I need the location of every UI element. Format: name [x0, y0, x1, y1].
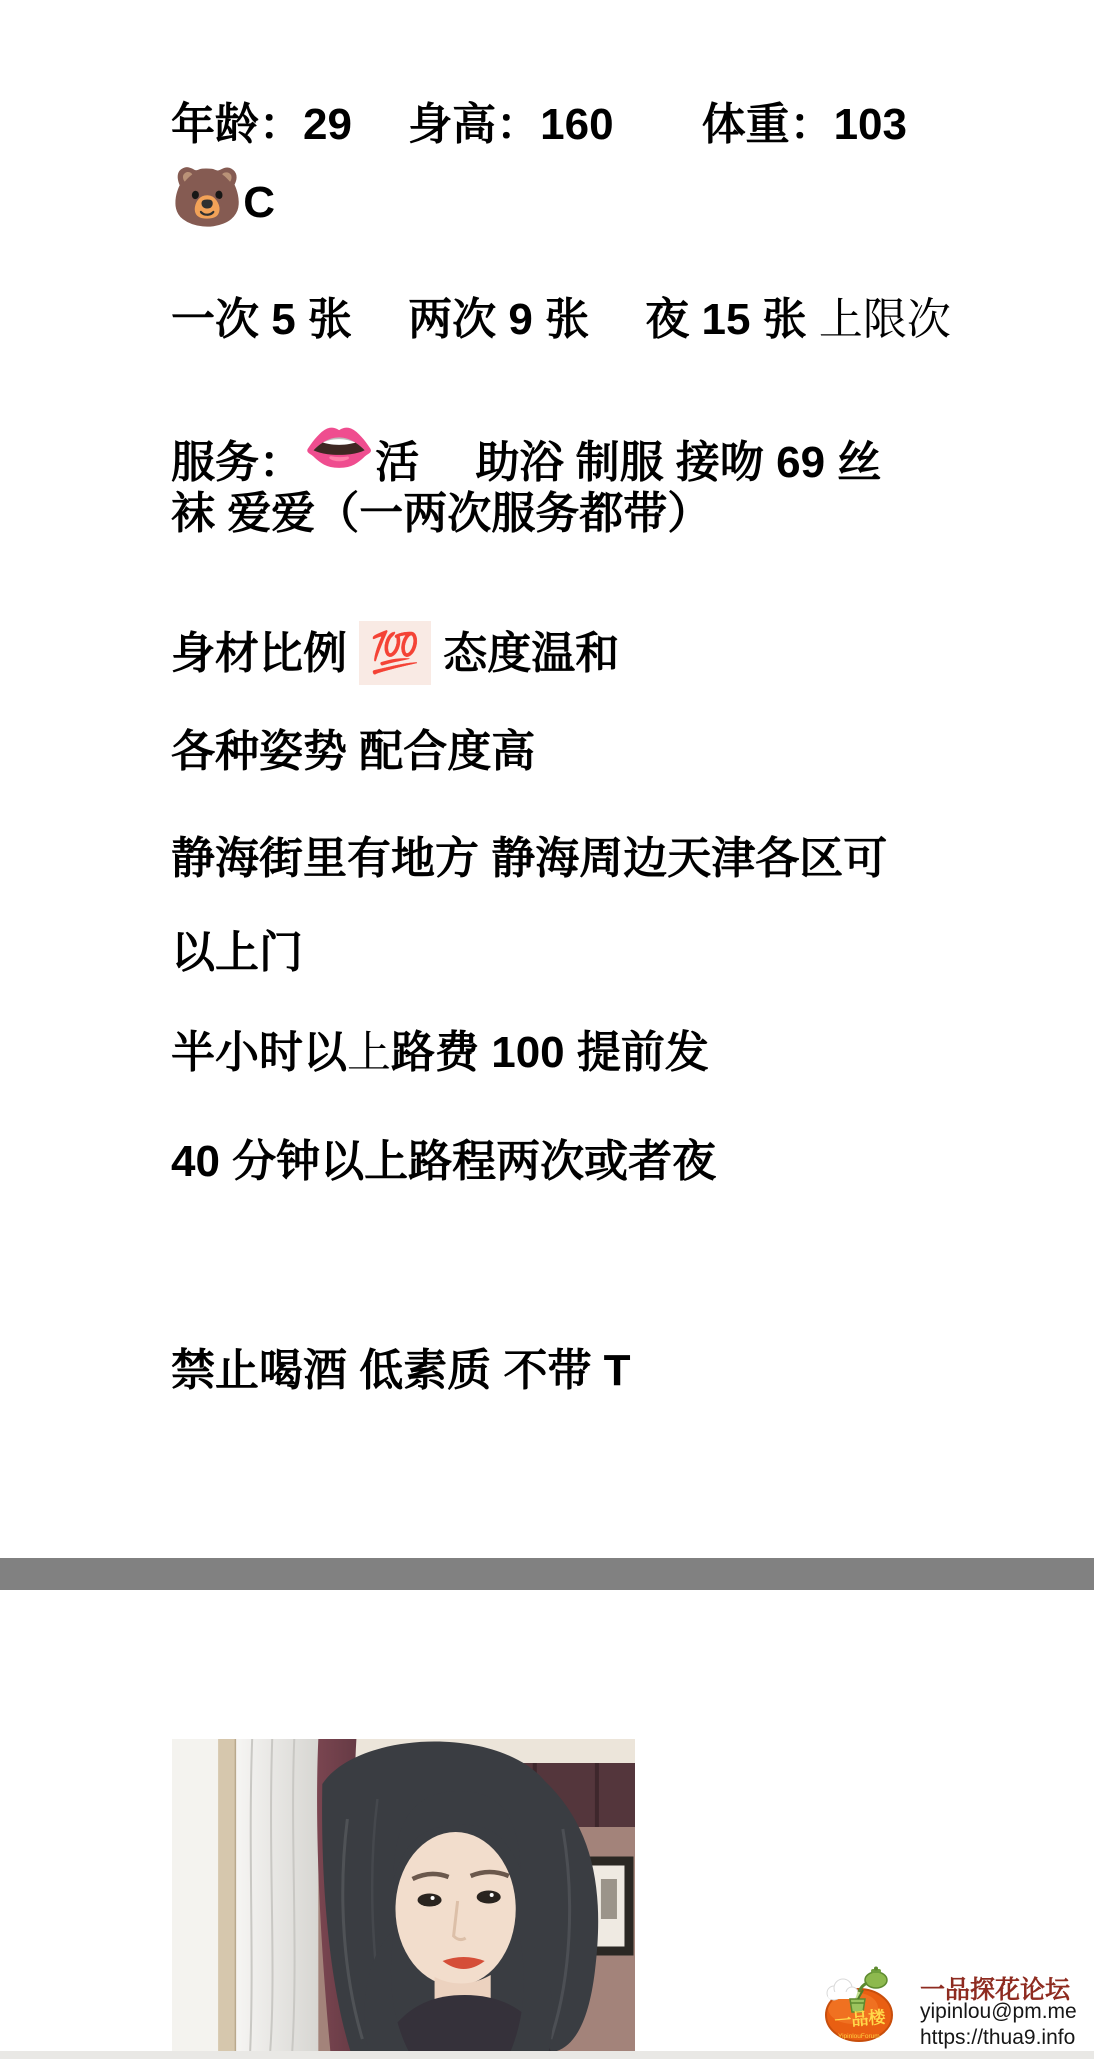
rules-text: 禁止喝酒 低素质 不带 T: [171, 1346, 631, 1395]
attitude-text: 态度温和: [431, 629, 619, 678]
hundred-points-emoji: 💯: [359, 621, 431, 685]
pricing-main: 一次 5 张 两次 9 张 夜 15 张: [171, 295, 819, 344]
stats-text: 年龄：29 身高：160 体重：103: [171, 100, 907, 149]
location-text-1: 静海街里有地方 静海周边天津各区可: [171, 834, 887, 883]
cup-letter: C: [243, 178, 275, 227]
travel-time-text: 40 分钟以上路程两次或者夜: [171, 1137, 716, 1186]
travel-time-line: 40 分钟以上路程两次或者夜: [171, 1134, 716, 1189]
services-label: 服务：: [171, 438, 303, 487]
travel-fee-line: 半小时以上路费 100 提前发: [171, 1025, 709, 1080]
pricing-note: 上限次: [819, 295, 951, 344]
cup-size-line: 🐻C: [171, 166, 275, 230]
travel-fee-pre: 半小时以: [171, 1028, 347, 1077]
services-line-2: 袜 爱爱（一两次服务都带）: [171, 486, 711, 541]
pricing-line: 一次 5 张 两次 9 张 夜 15 张 上限次: [171, 292, 951, 347]
forum-logo: 一品楼 YipinlouForum: [822, 1966, 894, 2044]
figure-text: 身材比例: [171, 629, 359, 678]
next-image-sliver: [0, 2051, 1094, 2059]
services-items: 活 助浴 制服 接吻 69 丝: [375, 438, 881, 487]
location-line-1: 静海街里有地方 静海周边天津各区可: [171, 831, 887, 886]
poses-line: 各种姿势 配合度高: [171, 724, 535, 779]
figure-line: 身材比例 💯 态度温和: [171, 621, 619, 685]
services-items-wrap: 袜 爱爱（一两次服务都带）: [171, 489, 711, 538]
logo-subtext: YipinlouForum: [838, 2033, 880, 2040]
contact-email: yipinlou@pm.me: [920, 2000, 1077, 2024]
poses-text: 各种姿势 配合度高: [171, 727, 535, 776]
forum-url: https://thua9.info: [920, 2026, 1075, 2050]
lips-emoji: 👄: [303, 415, 375, 480]
bear-emoji: 🐻: [171, 165, 243, 230]
travel-fee-mid: 上: [347, 1028, 391, 1077]
section-divider: [0, 1558, 1094, 1590]
profile-photo[interactable]: [172, 1739, 635, 2051]
services-line-1: 服务：👄活 助浴 制服 接吻 69 丝: [171, 412, 881, 490]
travel-fee-post: 路费 100 提前发: [391, 1028, 709, 1077]
stats-line: 年龄：29 身高：160 体重：103: [171, 97, 907, 152]
post-page: 年龄：29 身高：160 体重：103 🐻C 一次 5 张 两次 9 张 夜 1…: [0, 0, 1094, 2059]
location-text-2: 以上门: [171, 928, 303, 977]
location-line-2: 以上门: [171, 925, 303, 980]
rules-line: 禁止喝酒 低素质 不带 T: [171, 1343, 631, 1398]
